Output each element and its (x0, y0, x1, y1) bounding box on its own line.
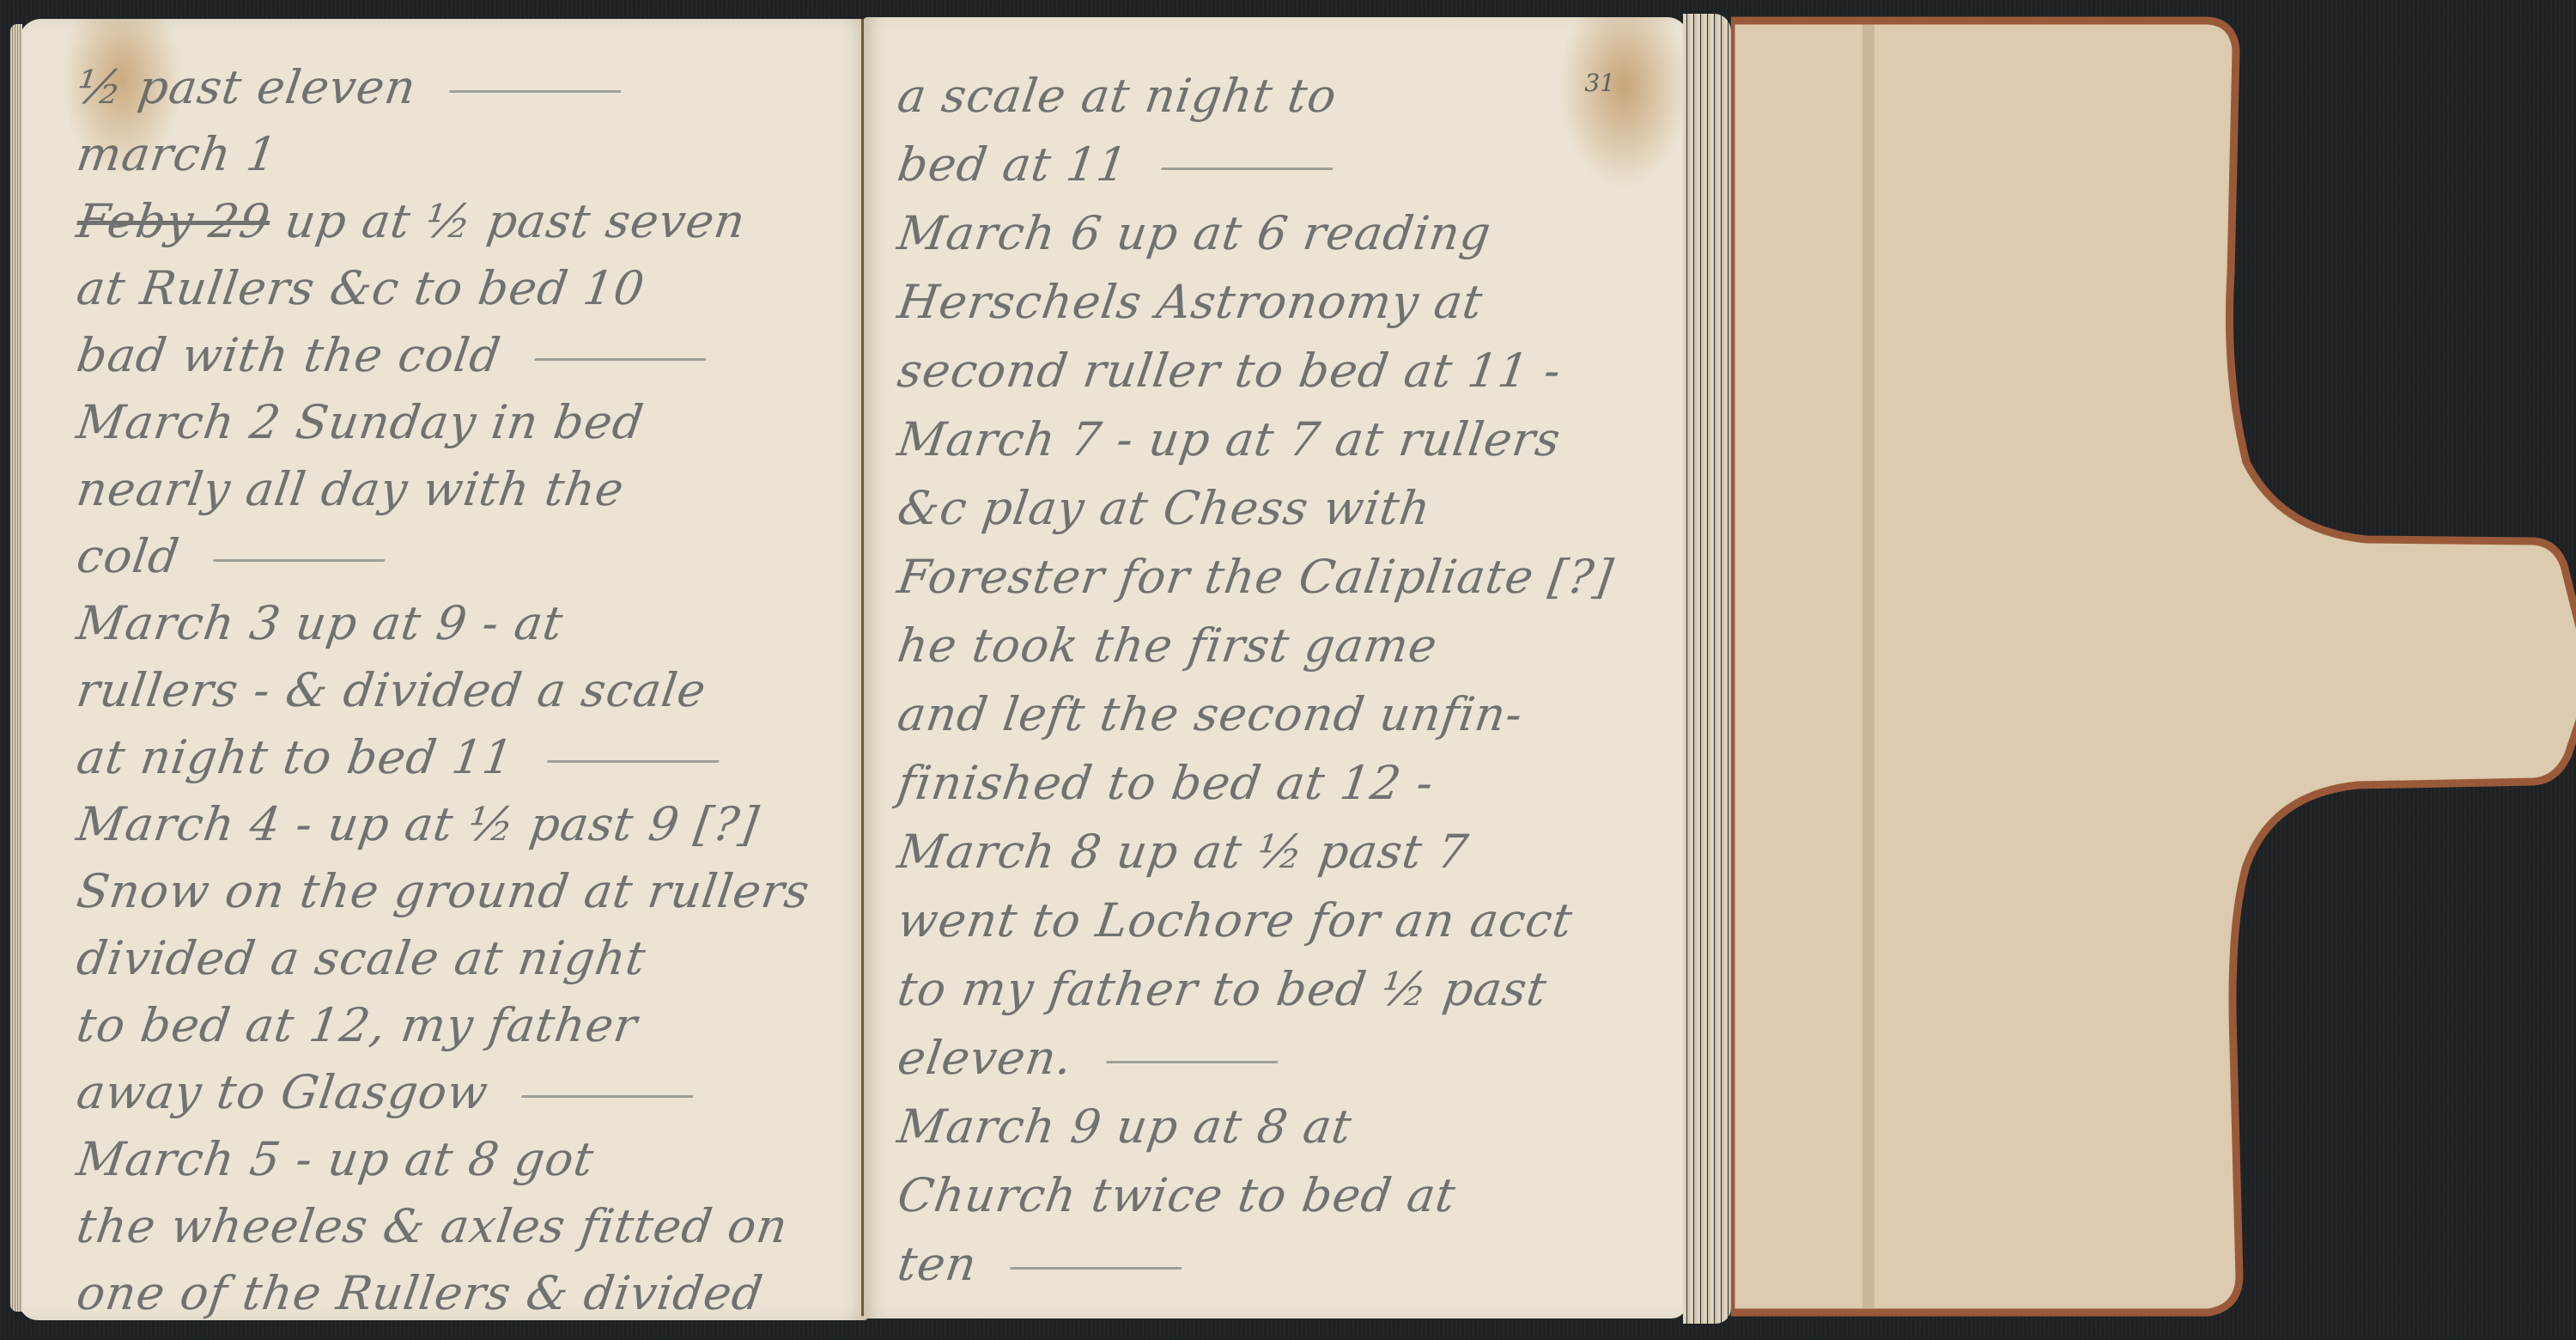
diary-line: March 5 - up at 8 got (74, 1132, 598, 1186)
diary-line: ten (895, 1237, 1187, 1291)
line-text: the wheeles & axles fitted on (74, 1199, 792, 1253)
diary-line: March 9 up at 8 at (895, 1099, 1356, 1154)
entry-separator-rule (534, 358, 706, 361)
line-text: eleven. (895, 1031, 1076, 1085)
diary-line: nearly all day with the (74, 462, 628, 516)
diary-line: march 1 (74, 127, 282, 181)
line-text: at night to bed 11 (74, 730, 518, 784)
line-text: March 7 - up at 7 at rullers (895, 412, 1564, 466)
diary-line: ½ past eleven (74, 60, 626, 114)
diary-line: the wheeles & axles fitted on (74, 1199, 792, 1253)
line-text: went to Lochore for an acct (895, 893, 1577, 947)
diary-line: and left the second unfin- (895, 687, 1527, 741)
line-text: March 4 - up at ½ past 9 [?] (74, 797, 762, 851)
diary-line: March 3 up at 9 - at (74, 596, 567, 650)
entry-separator-rule (449, 90, 621, 93)
diary-line: away to Glasgow (74, 1065, 698, 1119)
line-text: march 1 (74, 127, 282, 181)
diary-line: a scale at night to (895, 69, 1340, 123)
diary-line: to my father to bed ½ past (895, 962, 1551, 1016)
line-text: March 9 up at 8 at (895, 1099, 1356, 1154)
diary-line: at night to bed 11 (74, 730, 724, 784)
line-text: nearly all day with the (74, 462, 628, 516)
right-page-lines: a scale at night tobed at 11March 6 up a… (864, 17, 1688, 1319)
line-text: at Rullers &c to bed 10 (74, 261, 648, 315)
inside-back-cover (1731, 15, 2576, 1330)
line-text: March 3 up at 9 - at (74, 596, 567, 650)
diary-line: finished to bed at 12 - (895, 756, 1437, 810)
line-text: ½ past eleven (74, 60, 420, 114)
line-text: second ruller to bed at 11 - (895, 344, 1565, 398)
line-text: one of the Rullers & divided (74, 1266, 767, 1320)
line-text: a scale at night to (895, 69, 1340, 123)
line-text: &c play at Chess with (895, 481, 1435, 535)
right-page: 31 a scale at night tobed at 11March 6 u… (864, 17, 1688, 1319)
diary-line: eleven. (895, 1031, 1282, 1085)
entry-separator-rule (213, 559, 385, 562)
diary-line: March 8 up at ½ past 7 (895, 825, 1473, 879)
diary-line: second ruller to bed at 11 - (895, 344, 1565, 398)
line-text: divided a scale at night (74, 931, 650, 985)
struck-text: Feby 29 (74, 194, 274, 248)
diary-line: bed at 11 (895, 137, 1338, 192)
line-text: to bed at 12, my father (74, 998, 641, 1052)
cover-tab-shape (1731, 15, 2576, 1330)
line-text: Snow on the ground at rullers (74, 864, 813, 918)
diary-line: March 6 up at 6 reading (895, 206, 1495, 260)
line-text: bad with the cold (74, 328, 505, 382)
diary-line: cold (74, 529, 389, 583)
diary-line: divided a scale at night (74, 931, 650, 985)
diary-line: Snow on the ground at rullers (74, 864, 813, 918)
line-text: Forester for the Calipliate [?] (895, 550, 1617, 604)
line-text: rullers - & divided a scale (74, 663, 710, 717)
diary-line: Forester for the Calipliate [?] (895, 550, 1617, 604)
page-block-edges (1683, 14, 1731, 1324)
line-text: bed at 11 (895, 137, 1132, 192)
diary-line: went to Lochore for an acct (895, 893, 1577, 947)
diary-line: Herschels Astronomy at (895, 275, 1486, 329)
diary-spread: ½ past elevenmarch 1Feby 29 up at ½ past… (0, 0, 2576, 1340)
line-text: and left the second unfin- (895, 687, 1527, 741)
line-text: cold (74, 529, 183, 583)
line-text: away to Glasgow (74, 1065, 492, 1119)
diary-line: he took the first game (895, 618, 1442, 673)
line-text: March 2 Sunday in bed (74, 395, 647, 449)
line-text: Church twice to bed at (895, 1168, 1460, 1222)
diary-line: March 2 Sunday in bed (74, 395, 647, 449)
diary-line: March 7 - up at 7 at rullers (895, 412, 1564, 466)
line-text: March 8 up at ½ past 7 (895, 825, 1473, 879)
line-text: March 5 - up at 8 got (74, 1132, 598, 1186)
diary-line: one of the Rullers & divided (74, 1266, 767, 1320)
left-page: ½ past elevenmarch 1Feby 29 up at ½ past… (19, 19, 869, 1320)
entry-separator-rule (1106, 1061, 1278, 1063)
line-text: up at ½ past seven (266, 194, 749, 248)
line-text: to my father to bed ½ past (895, 962, 1551, 1016)
diary-line: to bed at 12, my father (74, 998, 641, 1052)
diary-line: Feby 29 up at ½ past seven (74, 194, 750, 248)
entry-separator-rule (521, 1095, 693, 1098)
diary-line: bad with the cold (74, 328, 711, 382)
diary-line: &c play at Chess with (895, 481, 1435, 535)
diary-line: Church twice to bed at (895, 1168, 1460, 1222)
left-page-lines: ½ past elevenmarch 1Feby 29 up at ½ past… (19, 19, 869, 1320)
entry-separator-rule (547, 760, 719, 763)
diary-line: March 4 - up at ½ past 9 [?] (74, 797, 762, 851)
diary-line: at Rullers &c to bed 10 (74, 261, 648, 315)
diary-line: rullers - & divided a scale (74, 663, 710, 717)
entry-separator-rule (1161, 167, 1333, 170)
line-text: Herschels Astronomy at (895, 275, 1486, 329)
entry-separator-rule (1011, 1267, 1182, 1270)
line-text: ten (895, 1237, 981, 1291)
line-text: he took the first game (895, 618, 1442, 673)
line-text: March 6 up at 6 reading (895, 206, 1495, 260)
line-text: finished to bed at 12 - (895, 756, 1437, 810)
